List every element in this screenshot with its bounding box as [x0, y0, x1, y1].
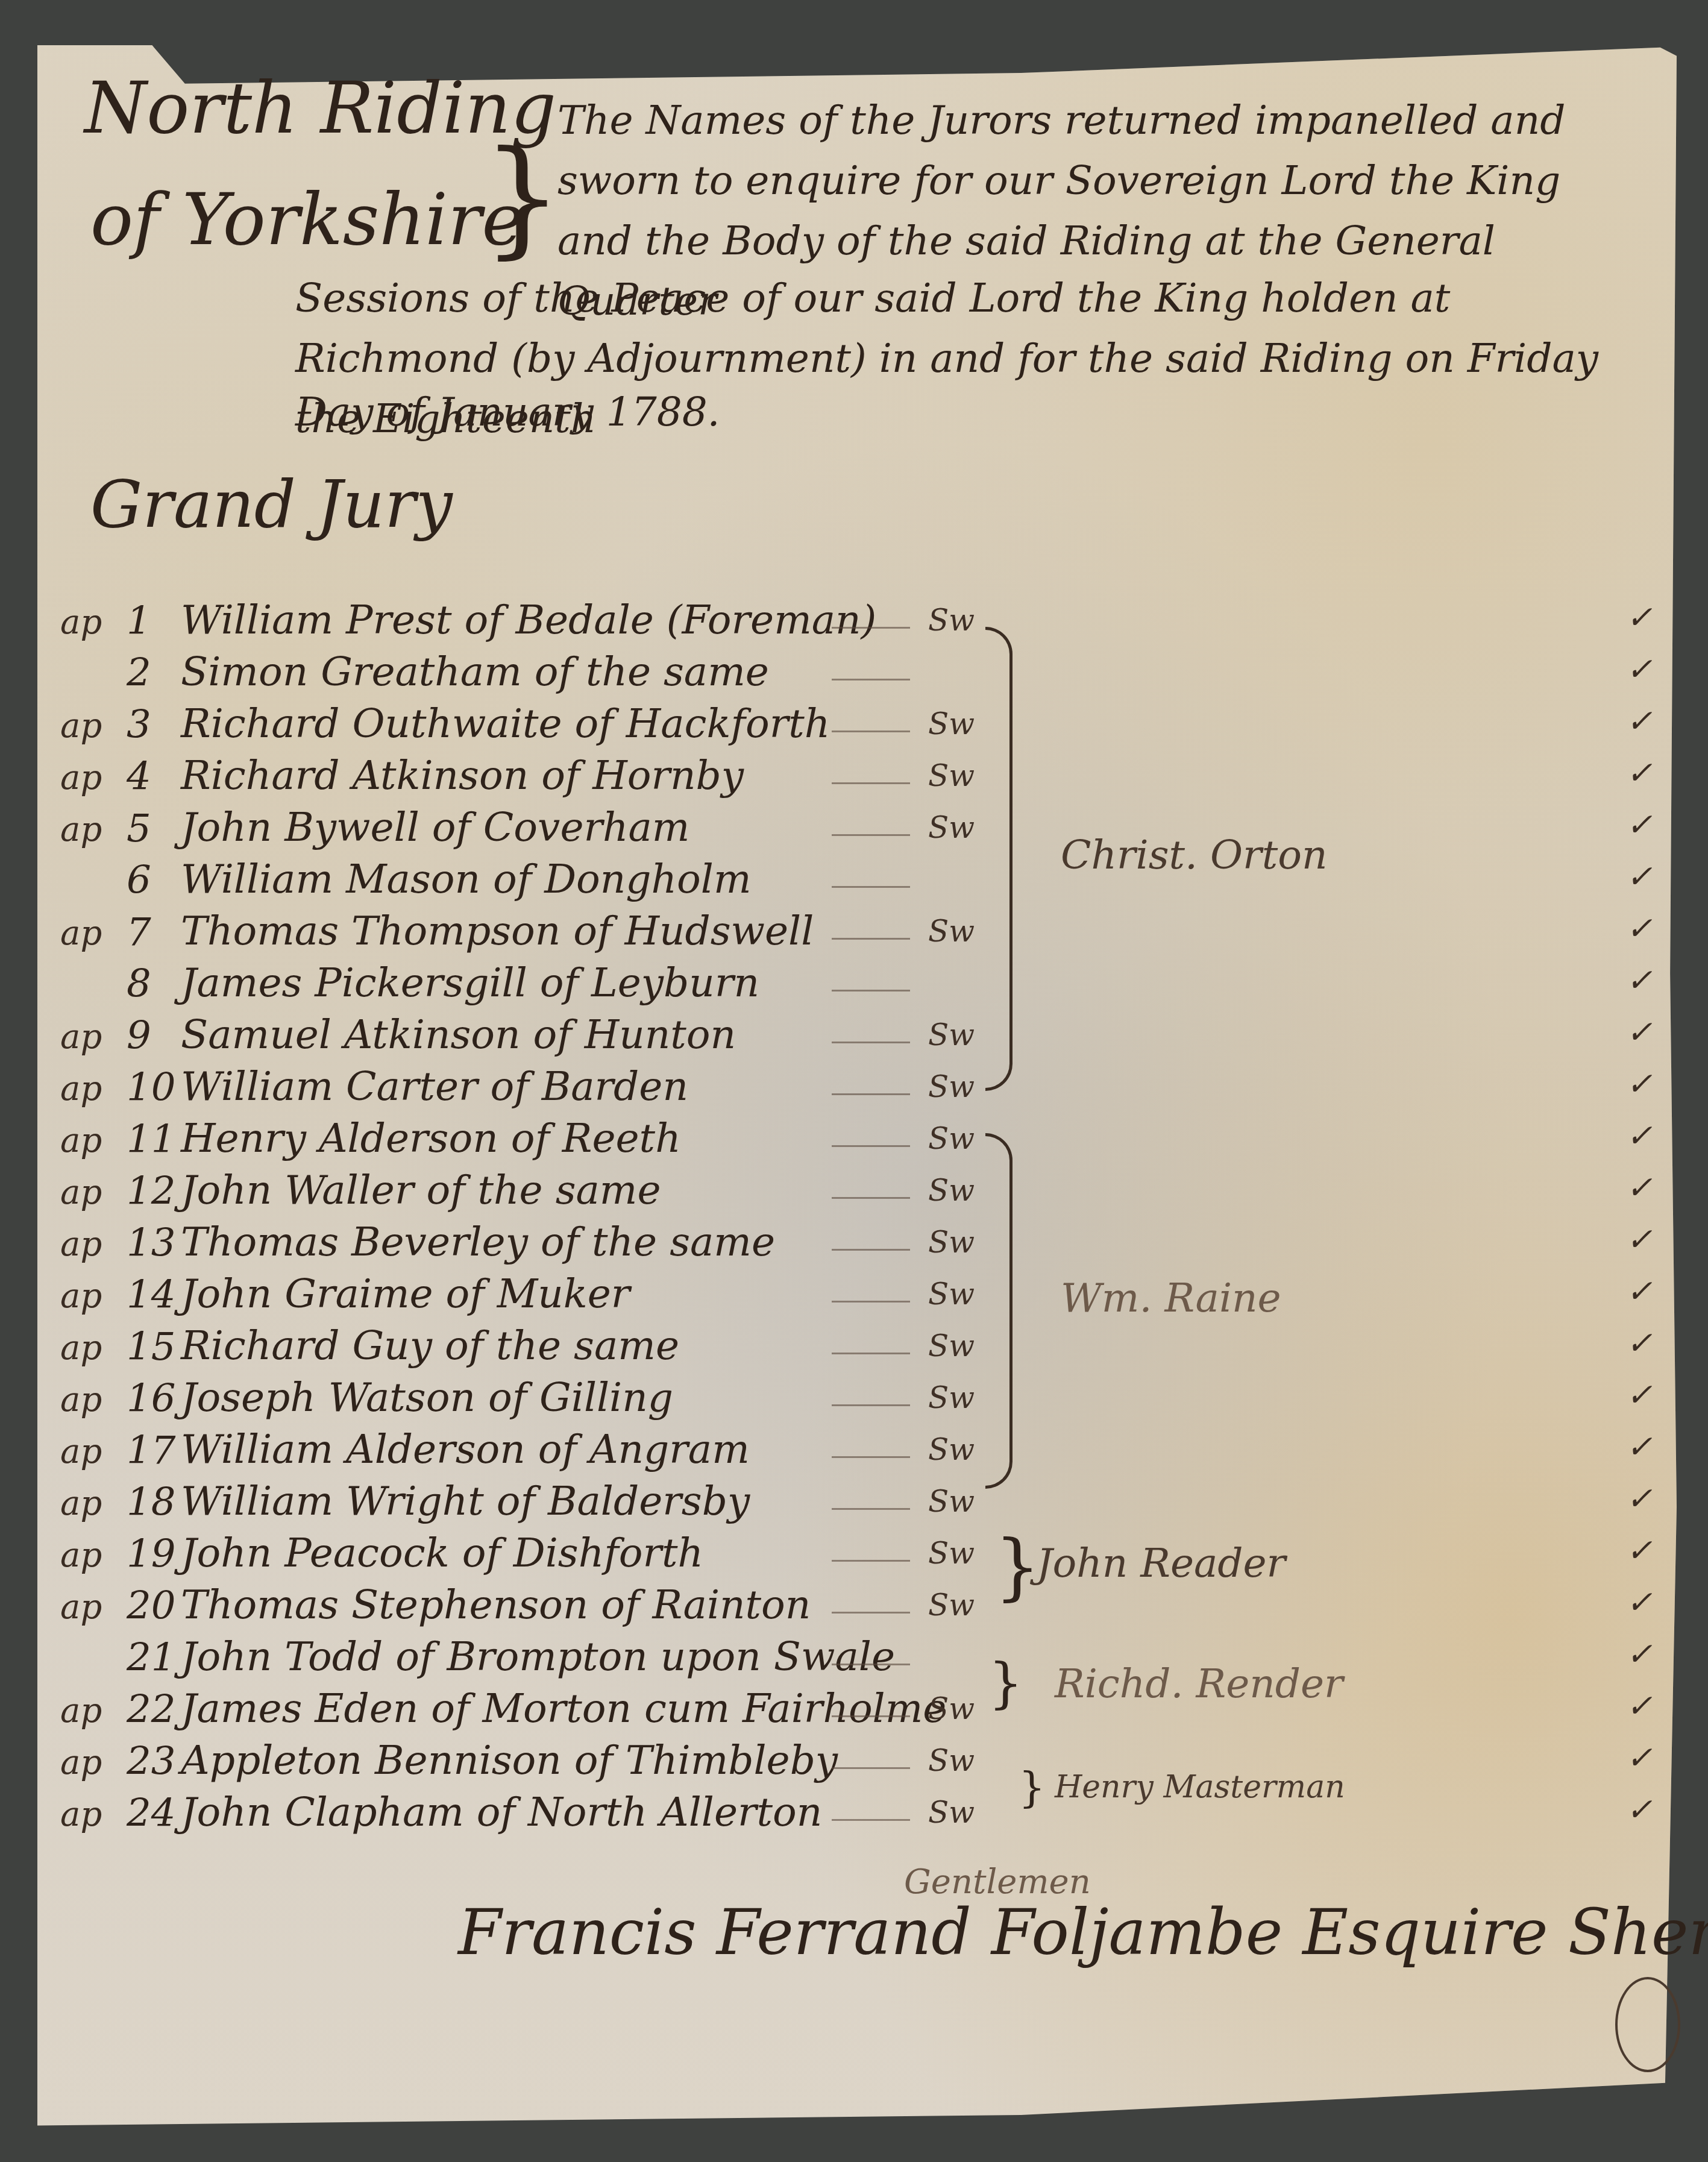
juror-name: James Eden of Morton cum Fairholme [181, 1685, 946, 1732]
sworn-mark: Sw [928, 1017, 975, 1052]
appearance-mark: ap [60, 1225, 127, 1264]
juror-row: ap15Richard Guy of the sameSw [60, 1322, 1000, 1374]
bailiff-name: Henry Masterman [1055, 1769, 1345, 1805]
bracket-bailiff-5: } [1019, 1763, 1046, 1812]
check-mark-icon: ✓ [1621, 1740, 1657, 1792]
juror-name: Richard Atkinson of Hornby [181, 752, 744, 799]
section-title-grand-jury: Grand Jury [90, 467, 453, 542]
juror-row: ap1William Prest of Bedale (Foreman)Sw [60, 597, 1000, 649]
bracket-bailiff-3: } [994, 1525, 1040, 1609]
juror-row: ap10William Carter of BardenSw [60, 1063, 1000, 1115]
juror-name: Richard Outhwaite of Hackforth [181, 700, 830, 747]
appearance-mark: ap [60, 1017, 127, 1057]
appearance-mark: ap [60, 1328, 127, 1368]
juror-row: 21John Todd of Brompton upon Swale [60, 1633, 1000, 1685]
juror-name: John Waller of the same [181, 1167, 661, 1213]
juror-row: 8James Pickersgill of Leyburn [60, 960, 1000, 1011]
leader-dash [832, 679, 910, 680]
sworn-mark: Sw [928, 1069, 975, 1104]
juror-row: ap14John Graime of MukerSw [60, 1271, 1000, 1322]
bracket-bailiff-4: } [988, 1651, 1023, 1715]
check-mark-icon: ✓ [1621, 1792, 1657, 1844]
leader-dash [832, 1301, 910, 1303]
sworn-mark: Sw [928, 603, 975, 638]
juror-row: 2Simon Greatham of the same [60, 649, 1000, 700]
check-mark-icon: ✓ [1621, 600, 1657, 652]
check-mark-icon: ✓ [1621, 652, 1657, 703]
juror-row: ap22James Eden of Morton cum FairholmeSw [60, 1685, 1000, 1737]
check-mark-icon: ✓ [1621, 1636, 1657, 1688]
leader-dash [832, 1353, 910, 1354]
check-mark-icon: ✓ [1621, 1274, 1657, 1325]
leader-dash [832, 886, 910, 888]
juror-name: Samuel Atkinson of Hunton [181, 1011, 736, 1058]
sworn-mark: Sw [928, 1691, 975, 1726]
juror-number: 18 [127, 1480, 181, 1525]
juror-number: 2 [127, 651, 181, 696]
appearance-mark: ap [60, 1691, 127, 1730]
leader-dash [832, 1715, 910, 1717]
juror-name: Thomas Beverley of the same [181, 1219, 775, 1265]
check-mark-icon: ✓ [1621, 703, 1657, 755]
check-mark-icon: ✓ [1621, 1481, 1657, 1533]
juror-row: ap4Richard Atkinson of HornbySw [60, 752, 1000, 804]
leader-dash [832, 1404, 910, 1406]
juror-row: ap11Henry Alderson of ReethSw [60, 1115, 1000, 1167]
appearance-mark: ap [60, 914, 127, 953]
appearance-mark: ap [60, 1743, 127, 1782]
juror-row: ap12John Waller of the sameSw [60, 1167, 1000, 1219]
check-mark-icon: ✓ [1621, 1533, 1657, 1585]
sheriff-signature: Francis Ferrand Foljambe Esquire Sheriff [458, 1896, 1708, 1969]
juror-row: ap5John Bywell of CoverhamSw [60, 804, 1000, 856]
juror-row: ap13Thomas Beverley of the sameSw [60, 1219, 1000, 1271]
appearance-mark: ap [60, 810, 127, 849]
juror-name: Thomas Stephenson of Rainton [181, 1582, 811, 1628]
juror-number: 6 [127, 858, 181, 903]
check-mark-icon: ✓ [1621, 1325, 1657, 1377]
check-mark-icon: ✓ [1621, 859, 1657, 911]
juror-number: 22 [127, 1688, 181, 1732]
bailiff-name: John Reader [1037, 1540, 1286, 1586]
appearance-mark: ap [60, 1536, 127, 1575]
juror-name: Appleton Bennison of Thimbleby [181, 1737, 838, 1783]
signature-flourish [1615, 1977, 1680, 2072]
leader-dash [832, 1456, 910, 1458]
juror-number: 4 [127, 755, 181, 799]
juror-number: 24 [127, 1791, 181, 1836]
check-mark-icon: ✓ [1621, 1066, 1657, 1118]
juror-number: 9 [127, 1014, 181, 1058]
leader-dash [832, 1560, 910, 1562]
juror-number: 16 [127, 1377, 181, 1421]
sworn-mark: Sw [928, 1743, 975, 1778]
sworn-mark: Sw [928, 1173, 975, 1208]
check-mark-icon: ✓ [1621, 1377, 1657, 1429]
juror-name: Joseph Watson of Gilling [181, 1374, 673, 1421]
juror-name: William Carter of Barden [181, 1063, 688, 1110]
check-mark-icon: ✓ [1621, 807, 1657, 859]
leader-dash [832, 1249, 910, 1251]
appearance-mark: ap [60, 1121, 127, 1160]
juror-row: ap19John Peacock of DishforthSw [60, 1530, 1000, 1582]
check-mark-icon: ✓ [1621, 911, 1657, 963]
sworn-mark: Sw [928, 1795, 975, 1830]
sworn-mark: Sw [928, 758, 975, 793]
check-mark-icon: ✓ [1621, 963, 1657, 1014]
bailiff-name: Wm. Raine [1061, 1275, 1281, 1321]
juror-name: Richard Guy of the same [181, 1322, 679, 1369]
check-mark-icon: ✓ [1621, 1688, 1657, 1740]
juror-number: 3 [127, 703, 181, 747]
bailiff-name: Christ. Orton [1061, 832, 1327, 878]
juror-number: 11 [127, 1117, 181, 1162]
leader-dash [832, 1664, 910, 1665]
check-mark-icon: ✓ [1621, 1429, 1657, 1481]
juror-number: 14 [127, 1273, 181, 1318]
juror-number: 12 [127, 1169, 181, 1214]
check-mark-icon: ✓ [1621, 1014, 1657, 1066]
leader-dash [832, 1767, 910, 1769]
juror-row: ap3Richard Outhwaite of HackforthSw [60, 700, 1000, 752]
juror-name: John Clapham of North Allerton [181, 1789, 822, 1835]
bracket-bailiff-2 [985, 1133, 1013, 1489]
check-mark-icon: ✓ [1621, 1170, 1657, 1222]
juror-row: ap9Samuel Atkinson of HuntonSw [60, 1011, 1000, 1063]
appearance-mark: ap [60, 603, 127, 642]
leader-dash [832, 1042, 910, 1043]
juror-list: ap1William Prest of Bedale (Foreman)Sw2S… [60, 597, 1000, 1841]
sworn-mark: Sw [928, 1484, 975, 1519]
sworn-mark: Sw [928, 1588, 975, 1623]
sworn-mark: Sw [928, 706, 975, 741]
check-mark-icon: ✓ [1621, 1585, 1657, 1636]
juror-number: 19 [127, 1532, 181, 1577]
leader-dash [832, 782, 910, 784]
juror-number: 10 [127, 1066, 181, 1110]
juror-row: ap16Joseph Watson of GillingSw [60, 1374, 1000, 1426]
juror-name: John Peacock of Dishforth [181, 1530, 703, 1576]
appearance-mark: ap [60, 1432, 127, 1471]
juror-name: Thomas Thompson of Hudswell [181, 908, 814, 954]
juror-name: William Alderson of Angram [181, 1426, 750, 1472]
bailiff-name: Richd. Render [1055, 1661, 1343, 1707]
juror-name: William Prest of Bedale (Foreman) [181, 597, 876, 643]
juror-row: ap18William Wright of BaldersbySw [60, 1478, 1000, 1530]
leader-dash [832, 731, 910, 732]
preamble-date: Day of January 1788. [295, 389, 720, 435]
leader-dash [832, 1612, 910, 1614]
sworn-mark: Sw [928, 914, 975, 949]
juror-number: 1 [127, 599, 181, 644]
leader-dash [832, 1508, 910, 1510]
juror-row: ap20Thomas Stephenson of RaintonSw [60, 1582, 1000, 1633]
juror-name: Henry Alderson of Reeth [181, 1115, 681, 1161]
juror-number: 23 [127, 1739, 181, 1784]
juror-row: ap23Appleton Bennison of ThimblebySw [60, 1737, 1000, 1789]
bracket-bailiff-1 [985, 627, 1013, 1091]
check-mark-icon: ✓ [1621, 1222, 1657, 1274]
juror-number: 17 [127, 1428, 181, 1473]
heading-county-line2: of Yorkshire [90, 178, 524, 261]
leader-dash [832, 938, 910, 940]
sworn-mark: Sw [928, 1277, 975, 1312]
juror-number: 5 [127, 806, 181, 851]
leader-dash [832, 1093, 910, 1095]
juror-name: John Todd of Brompton upon Swale [181, 1633, 895, 1680]
juror-row: ap17William Alderson of AngramSw [60, 1426, 1000, 1478]
sworn-mark: Sw [928, 1536, 975, 1571]
sworn-mark: Sw [928, 1380, 975, 1415]
juror-number: 13 [127, 1221, 181, 1266]
appearance-mark: ap [60, 1484, 127, 1523]
juror-number: 20 [127, 1584, 181, 1629]
leader-dash [832, 1819, 910, 1821]
appearance-mark: ap [60, 1795, 127, 1834]
juror-name: William Wright of Baldersby [181, 1478, 750, 1524]
juror-name: Simon Greatham of the same [181, 649, 769, 695]
heading-brace: } [482, 124, 563, 271]
appearance-mark: ap [60, 1069, 127, 1108]
appearance-mark: ap [60, 1173, 127, 1212]
right-margin-checkmarks: ✓✓✓✓✓✓✓✓✓✓✓✓✓✓✓✓✓✓✓✓✓✓✓✓ [1621, 600, 1657, 1844]
leader-dash [832, 1145, 910, 1147]
juror-row: ap24John Clapham of North AllertonSw [60, 1789, 1000, 1841]
appearance-mark: ap [60, 1588, 127, 1627]
juror-name: John Bywell of Coverham [181, 804, 689, 850]
appearance-mark: ap [60, 1380, 127, 1419]
sworn-mark: Sw [928, 1328, 975, 1363]
sworn-mark: Sw [928, 1225, 975, 1260]
sworn-mark: Sw [928, 810, 975, 845]
juror-number: 15 [127, 1325, 181, 1369]
appearance-mark: ap [60, 1277, 127, 1316]
sworn-mark: Sw [928, 1121, 975, 1156]
juror-name: William Mason of Dongholm [181, 856, 752, 902]
leader-dash [832, 627, 910, 629]
leader-dash [832, 1197, 910, 1199]
leader-dash [832, 834, 910, 836]
juror-name: John Graime of Muker [181, 1271, 630, 1317]
check-mark-icon: ✓ [1621, 1118, 1657, 1170]
juror-name: James Pickersgill of Leyburn [181, 960, 759, 1006]
check-mark-icon: ✓ [1621, 755, 1657, 807]
juror-number: 21 [127, 1636, 181, 1680]
appearance-mark: ap [60, 706, 127, 746]
leader-dash [832, 990, 910, 991]
juror-number: 7 [127, 910, 181, 955]
juror-row: 6William Mason of Dongholm [60, 856, 1000, 908]
sworn-mark: Sw [928, 1432, 975, 1467]
appearance-mark: ap [60, 758, 127, 797]
juror-row: ap7Thomas Thompson of HudswellSw [60, 908, 1000, 960]
juror-number: 8 [127, 962, 181, 1007]
